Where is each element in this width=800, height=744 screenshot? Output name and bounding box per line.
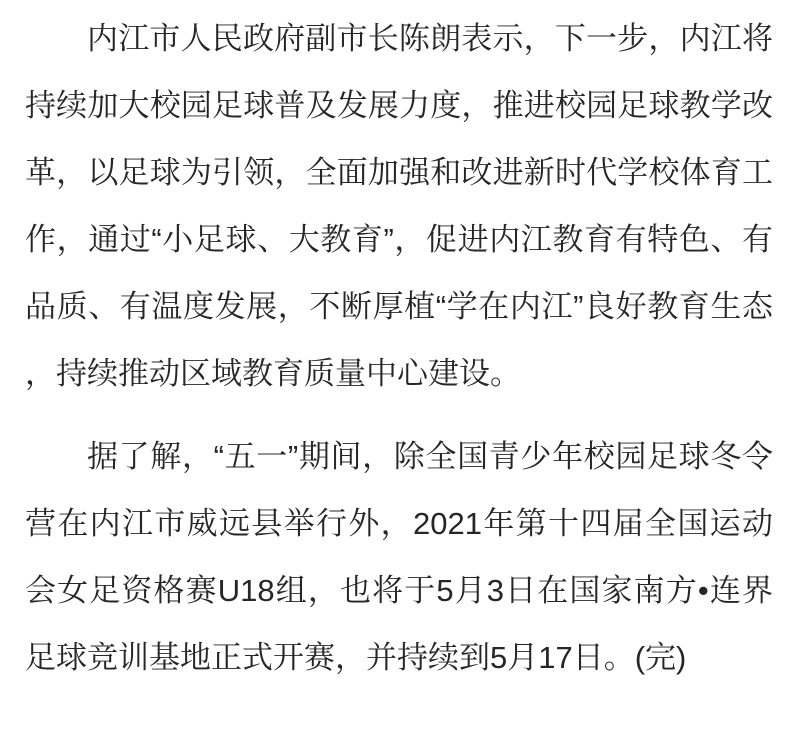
article-page: 内江市人民政府副市长陈朗表示，下一步，内江将持续加大校园足球普及发展力度，推进校… [0, 0, 800, 744]
article-paragraph-1: 内江市人民政府副市长陈朗表示，下一步，内江将持续加大校园足球普及发展力度，推进校… [25, 5, 773, 407]
article-paragraph-2: 据了解，“五一”期间，除全国青少年校园足球冬令营在内江市威远县举行外，2021年… [25, 423, 773, 691]
